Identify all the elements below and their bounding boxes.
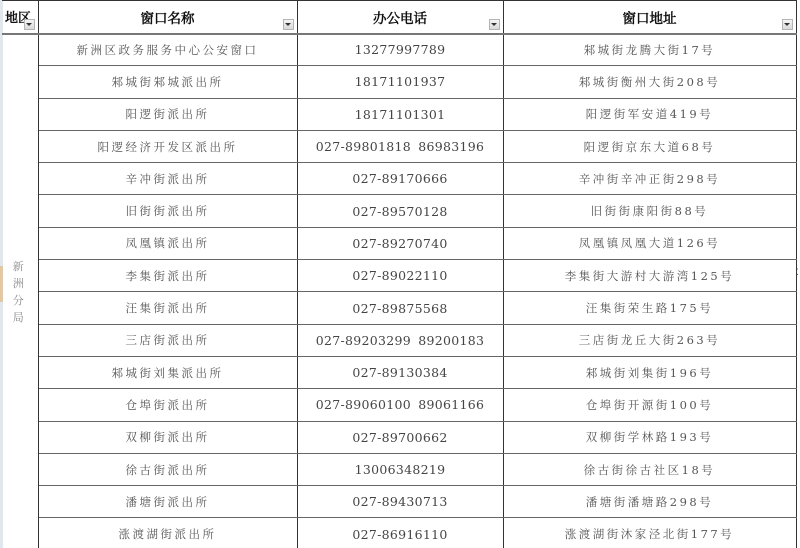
filter-dropdown-phone[interactable] [489,19,500,30]
phone-cell[interactable]: 027-89875568 [297,292,503,324]
address-cell[interactable]: 邾城街刘集街196号 [503,356,796,388]
table-row: 邾城街邾城派出所 18171101937 邾城街衡州大街208号 [2,66,796,98]
address-cell[interactable]: 双柳街学林路193号 [503,421,796,453]
window-name-cell[interactable]: 邾城街刘集派出所 [38,356,297,388]
window-name-cell[interactable]: 阳逻经济开发区派出所 [38,130,297,162]
phone-cell[interactable]: 027-89700662 [297,421,503,453]
window-name-cell[interactable]: 邾城街邾城派出所 [38,66,297,98]
phone-cell[interactable]: 18171101301 [297,98,503,130]
phone-cell[interactable]: 027-89203299 89200183 [297,324,503,356]
table-row: 涨渡湖街派出所 027-86916110 涨渡湖街沐家泾北街177号 [2,518,796,548]
phone-cell[interactable]: 13277997789 [297,34,503,66]
address-cell[interactable]: 邾城街衡州大街208号 [503,66,796,98]
phone-cell[interactable]: 027-89060100 89061166 [297,389,503,421]
window-name-cell[interactable]: 旧街街派出所 [38,195,297,227]
phone-cell[interactable]: 027-86916110 [297,518,503,548]
table-row: 阳逻经济开发区派出所 027-89801818 86983196 阳逻街京东大道… [2,130,796,162]
window-name-cell[interactable]: 李集街派出所 [38,260,297,292]
table-row: 李集街派出所 027-89022110 李集街大游村大游湾125号 [2,260,796,292]
phone-cell[interactable]: 027-89570128 [297,195,503,227]
window-name-cell[interactable]: 汪集街派出所 [38,292,297,324]
phone-cell[interactable]: 027-89130384 [297,356,503,388]
window-name-cell[interactable]: 新洲区政务服务中心公安窗口 [38,34,297,66]
header-row: 地区 窗口名称 办公电话 窗口地址 [2,1,796,34]
address-cell[interactable]: 阳逻街京东大道68号 [503,130,796,162]
table-row: 辛冲街派出所 027-89170666 辛冲街辛冲正街298号 [2,163,796,195]
address-cell[interactable]: 辛冲街辛冲正街298号 [503,163,796,195]
window-name-cell[interactable]: 潘塘街派出所 [38,486,297,518]
window-name-cell[interactable]: 三店街派出所 [38,324,297,356]
filter-dropdown-name[interactable] [283,19,294,30]
chevron-down-icon [491,23,497,26]
chevron-down-icon [285,23,291,26]
window-name-cell[interactable]: 辛冲街派出所 [38,163,297,195]
table-row: 双柳街派出所 027-89700662 双柳街学林路193号 [2,421,796,453]
table-row: 阳逻街派出所 18171101301 阳逻街军安道419号 [2,98,796,130]
address-cell[interactable]: 凤凰镇凤凰大道126号 [503,227,796,259]
address-cell[interactable]: 旧街街康阳街88号 [503,195,796,227]
address-cell[interactable]: 潘塘街潘塘路298号 [503,486,796,518]
address-cell[interactable]: 邾城街龙腾大街17号 [503,34,796,66]
overflow-marker: ⁚ [796,268,799,278]
header-region: 地区 [2,1,38,34]
window-name-cell[interactable]: 仓埠街派出所 [38,389,297,421]
header-name-label: 窗口名称 [141,11,195,27]
window-name-cell[interactable]: 徐古街派出所 [38,453,297,485]
spreadsheet: 地区 窗口名称 办公电话 窗口地址 新洲分局 [0,0,800,548]
address-cell[interactable]: 汪集街荣生路175号 [503,292,796,324]
header-name: 窗口名称 [38,1,297,34]
address-cell[interactable]: 徐古街徐古社区18号 [503,453,796,485]
phone-cell[interactable]: 13006348219 [297,453,503,485]
table-row: 潘塘街派出所 027-89430713 潘塘街潘塘路298号 [2,486,796,518]
address-cell[interactable]: 李集街大游村大游湾125号 [503,260,796,292]
phone-cell[interactable]: 027-89801818 86983196 [297,130,503,162]
chevron-down-icon [26,23,32,26]
header-phone: 办公电话 [297,1,503,34]
table-row: 汪集街派出所 027-89875568 汪集街荣生路175号 [2,292,796,324]
address-cell[interactable]: 阳逻街军安道419号 [503,98,796,130]
window-name-cell[interactable]: 双柳街派出所 [38,421,297,453]
table-row: 仓埠街派出所 027-89060100 89061166 仓埠街开源街100号 [2,389,796,421]
filter-dropdown-region[interactable] [24,19,35,30]
filter-dropdown-address[interactable] [782,19,793,30]
window-name-cell[interactable]: 涨渡湖街派出所 [38,518,297,548]
table-row: 徐古街派出所 13006348219 徐古街徐古社区18号 [2,453,796,485]
phone-cell[interactable]: 027-89430713 [297,486,503,518]
header-address-label: 窗口地址 [623,11,677,27]
table-row: 凤凰镇派出所 027-89270740 凤凰镇凤凰大道126号 [2,227,796,259]
header-address: 窗口地址 [503,1,796,34]
table-row: 三店街派出所 027-89203299 89200183 三店街龙丘大街263号 [2,324,796,356]
table-row: 新洲分局 新洲区政务服务中心公安窗口 13277997789 邾城街龙腾大街17… [2,34,796,66]
phone-cell[interactable]: 027-89022110 [297,260,503,292]
window-name-cell[interactable]: 凤凰镇派出所 [38,227,297,259]
window-name-cell[interactable]: 阳逻街派出所 [38,98,297,130]
address-cell[interactable]: 三店街龙丘大街263号 [503,324,796,356]
header-phone-label: 办公电话 [373,11,427,27]
police-window-table: 地区 窗口名称 办公电话 窗口地址 新洲分局 [2,0,797,548]
phone-cell[interactable]: 027-89170666 [297,163,503,195]
address-cell[interactable]: 涨渡湖街沐家泾北街177号 [503,518,796,548]
table-row: 旧街街派出所 027-89570128 旧街街康阳街88号 [2,195,796,227]
address-cell[interactable]: 仓埠街开源街100号 [503,389,796,421]
table-row: 邾城街刘集派出所 027-89130384 邾城街刘集街196号 [2,356,796,388]
region-cell[interactable]: 新洲分局 [2,34,38,548]
phone-cell[interactable]: 18171101937 [297,66,503,98]
phone-cell[interactable]: 027-89270740 [297,227,503,259]
chevron-down-icon [784,23,790,26]
